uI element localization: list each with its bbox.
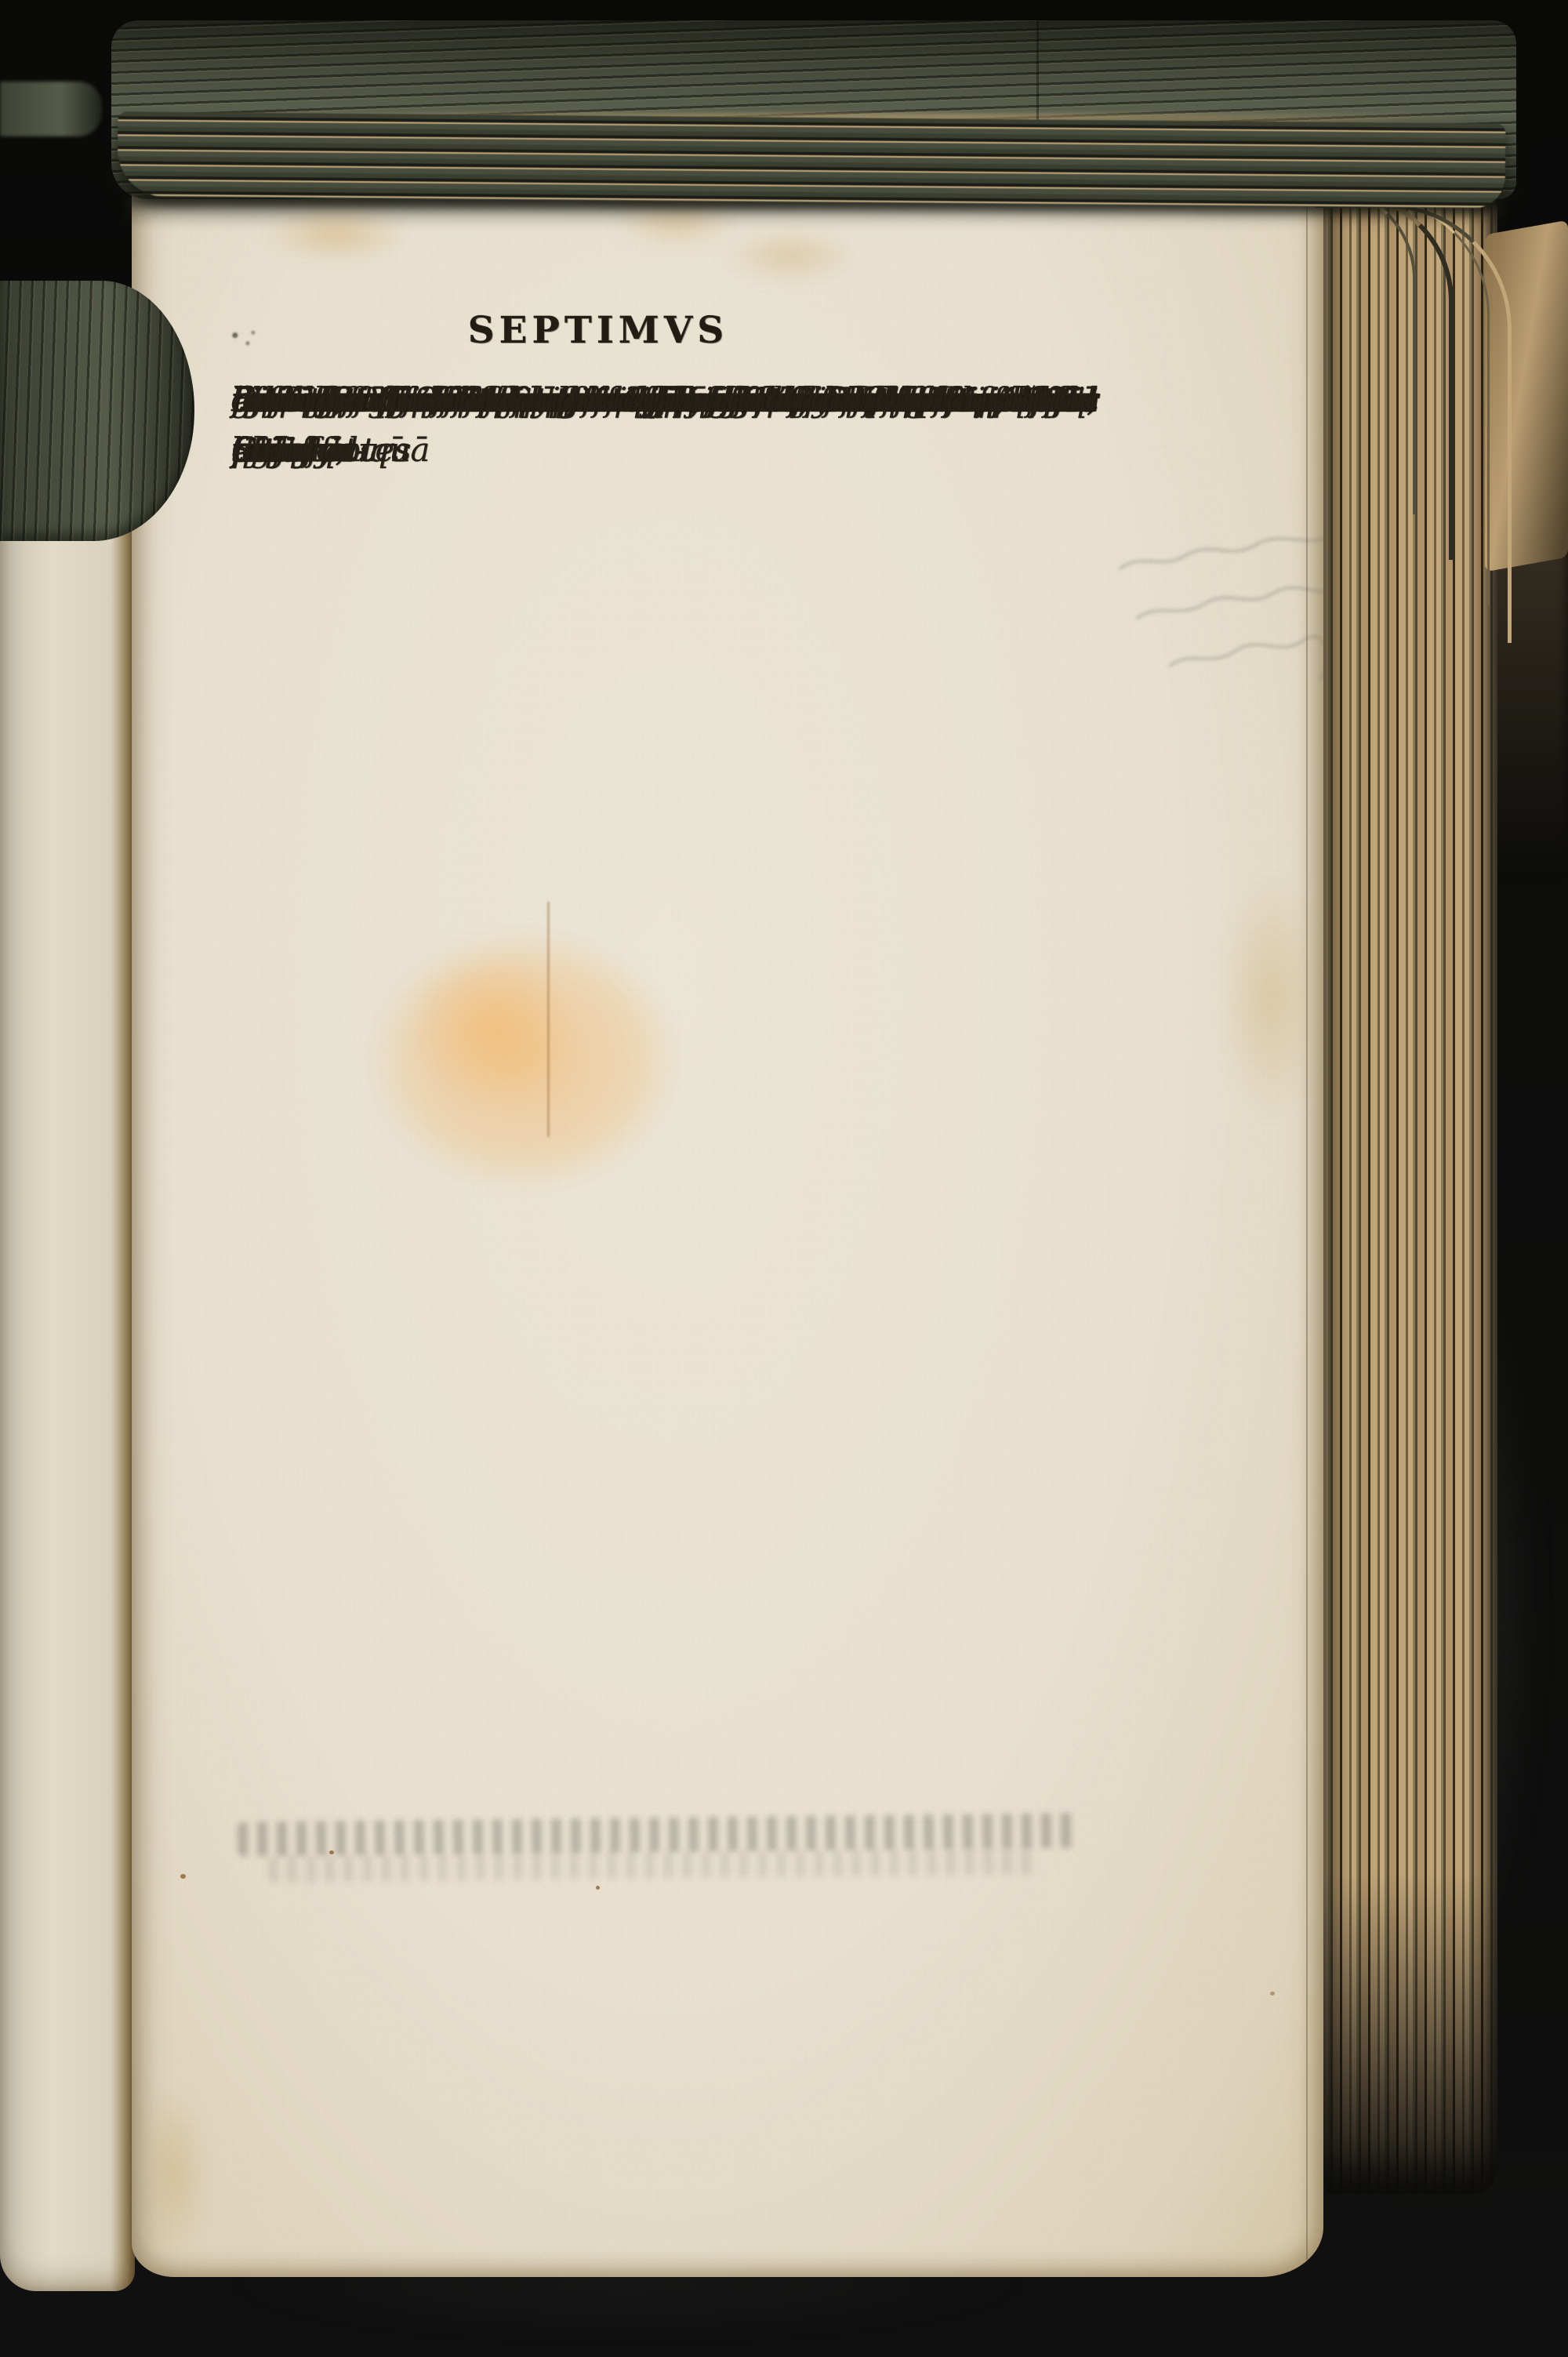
stain [390,935,594,1123]
fore-edge-shadow [1323,1872,1497,2194]
paper-texture [132,182,1323,2277]
page-curl [1316,204,1512,643]
book-page: SEPTIMVS üidebatur bene paratus eſſe & a… [132,182,1323,2277]
stacked-page-tops [118,111,1506,208]
stain [1204,841,1338,1154]
headband-streaks [0,281,194,541]
foxing-speck [1270,1992,1275,1996]
text-line: tum magnis propugnaculis in altum ſublat… [231,375,1098,425]
book-photograph: bndadaosrorscisusar:isūlsonertisanmn,iot… [0,0,1568,2357]
facing-page-edge: bndadaosrorscisusar:isūlsonertisanmn,iot… [0,332,135,2291]
stain [704,220,877,292]
foxing-speck [180,1874,186,1879]
stain [125,2064,220,2283]
running-title: SEPTIMVS [89,309,1108,352]
spine-fragment [0,82,102,136]
headband [0,281,194,541]
foxing-speck [596,1886,600,1890]
paper-crease [547,902,550,1137]
